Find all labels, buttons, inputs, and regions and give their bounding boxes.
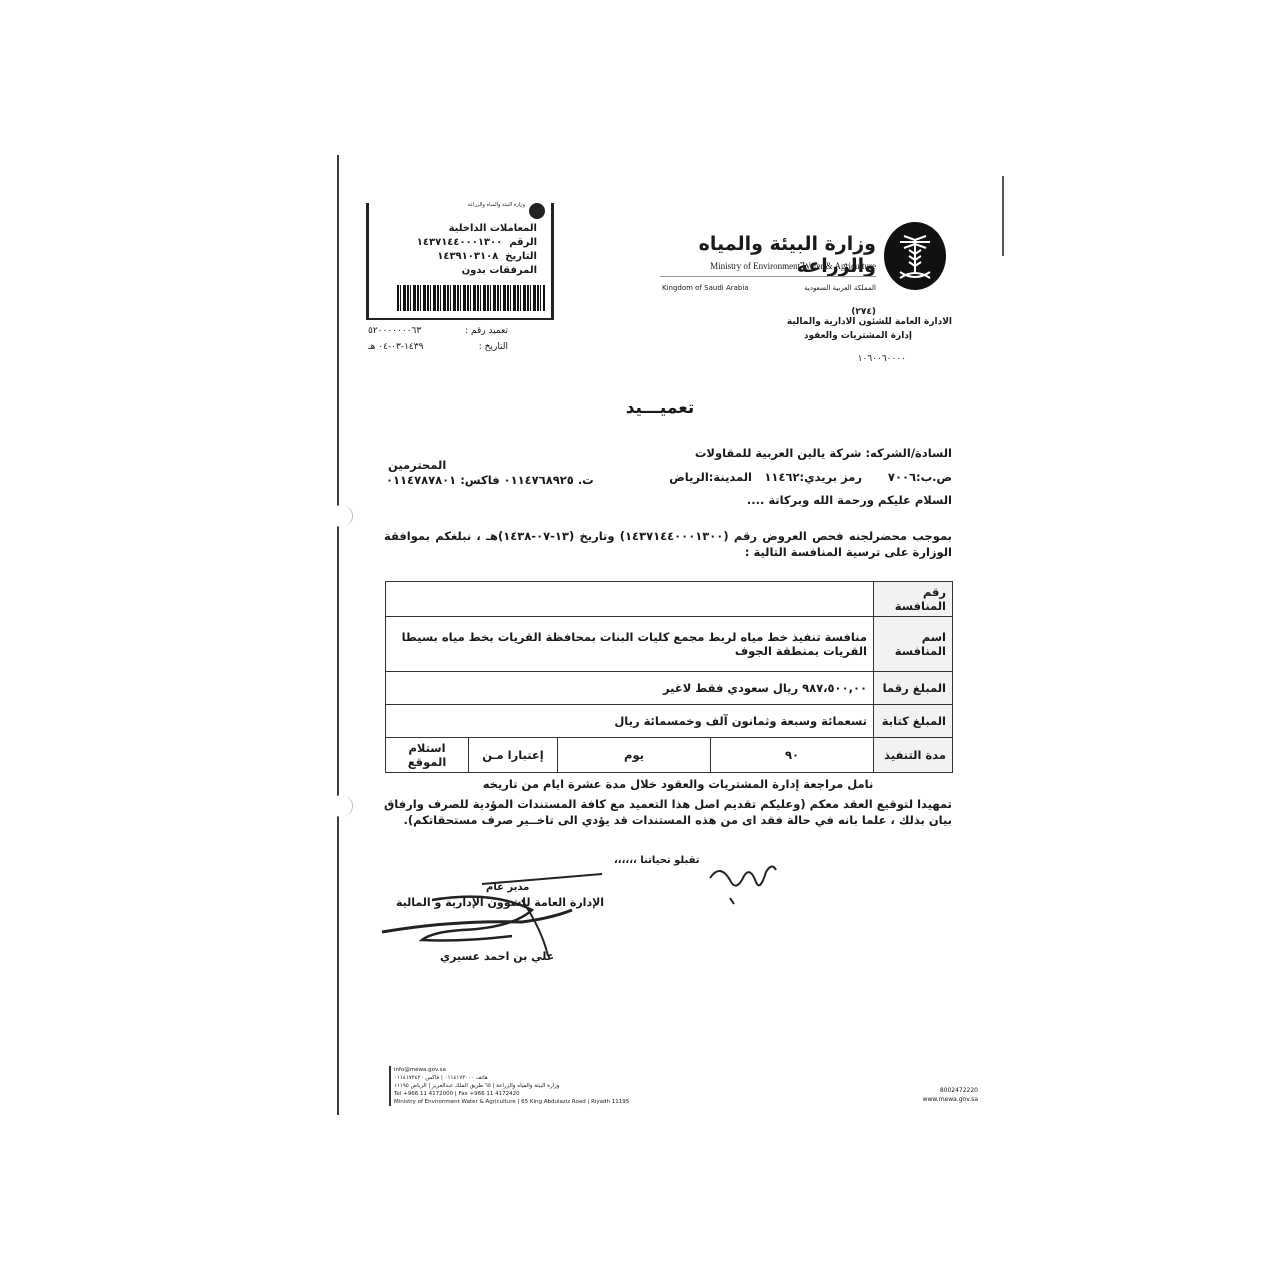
duration-unit: يوم [558, 738, 711, 773]
footer-contact: info@mewa.gov.sa هاتف ٠١١٤١٧٢٠٠٠ | فاكس … [389, 1066, 694, 1106]
table-row: اسم المنافسة منافسة تنفيذ خط مياه لربط م… [386, 617, 953, 672]
kingdom-line: Kingdom of Saudi Arabia المملكة العربية … [662, 284, 876, 292]
punch-hole [330, 505, 353, 527]
addressee-honorific: المحترمين [388, 458, 446, 472]
kingdom-en: Kingdom of Saudi Arabia [662, 284, 749, 292]
department-code: (٢٧٤) [820, 307, 876, 317]
row-value: ٩٨٧،٥٠٠,٠٠ ريال سعودي فقط لاغير [386, 672, 874, 705]
stamp-ministry: وزارة البيئة والمياه والزراعة [405, 203, 525, 208]
stamp-number: الرقم ١٤٣٧١٤٤٠٠٠١٣٠٠ [377, 237, 537, 248]
signature [372, 870, 612, 960]
barcode [397, 285, 545, 311]
table-row: مدة التنفيذ ٩٠ يوم إعتبارا مـن استلام ال… [386, 738, 953, 773]
page-left-edge [337, 155, 339, 1115]
header-divider [660, 276, 876, 277]
row-label: المبلغ كتابة [874, 705, 953, 738]
award-table: رقم المنافسة اسم المنافسة منافسة تنفيذ خ… [385, 581, 953, 773]
addressee-phone-fax: ت. ٠١١٤٧٦٨٩٢٥ فاكس: ٠١١٤٧٨٧٨٠١ [386, 473, 594, 487]
award-date-row: التاريخ : ١٤٣٩-٠٣-٠٤ هـ [368, 342, 508, 352]
footer-email: info@mewa.gov.sa [394, 1066, 694, 1074]
stamp-attachments: المرفقات بدون [377, 265, 537, 276]
page-right-edge [1002, 176, 1004, 256]
row-label: مدة التنفيذ [874, 738, 953, 773]
duration-value: ٩٠ [711, 738, 874, 773]
intro-paragraph: بموجب محضرلجنه فحص العروض رقم (١٤٣٧١٤٤٠٠… [384, 528, 952, 560]
department-number: ١٠٦٠٠٦٠٠٠٠ [820, 354, 906, 364]
closing-line: تقبلو تحياتنا ،،،،،، [614, 855, 700, 866]
greeting: السلام عليكم ورحمة الله وبركاتة .... [747, 493, 952, 507]
signature-initials [700, 858, 780, 908]
registry-stamp: وزارة البيئة والمياه والزراعة المعاملات … [366, 203, 554, 320]
award-reference: تعميد رقم : ٥٢٠٠٠٠٠٠٠٦٣ التاريخ : ١٤٣٩-٠… [368, 326, 508, 358]
ministry-name-en: Ministry of Environment Water & Agricult… [656, 261, 876, 271]
row-label: المبلغ رقما [874, 672, 953, 705]
footer-phones-ar: هاتف ٠١١٤١٧٢٠٠٠ | فاكس ٠١١٤١٧٢٤٢٠ [394, 1074, 694, 1082]
kingdom-ar: المملكة العربية السعودية [804, 284, 876, 292]
stamp-office: المعاملات الداخلية [377, 223, 537, 234]
punch-hole [330, 795, 353, 817]
department-procurement: إدارة المشتريات والعقود [720, 331, 912, 341]
footer-tel-fax: Tel +966 11 4172000 | Fax +966 11 417242… [394, 1090, 694, 1098]
instruction-line-2: تمهيدا لتوقيع العقد معكم (وعليكم تقديم ا… [384, 796, 952, 828]
row-value [386, 582, 874, 617]
addressee-postal-code: رمز بريدي:١١٤٦٢ [764, 470, 862, 484]
row-label: رقم المنافسة [874, 582, 953, 617]
document-title: تعميـــيد [560, 398, 760, 418]
addressee-city: المدينة:الرياض [669, 470, 752, 484]
footer-address-ar: وزارة البيئة والمياه والزراعة | ٦٥ طريق … [394, 1082, 694, 1090]
duration-from-label: إعتبارا مـن [469, 738, 558, 773]
table-row: المبلغ كتابة تسعمائة وسبعة وثمانون آلف و… [386, 705, 953, 738]
footer-hotline: 8002472220 [888, 1086, 978, 1095]
award-number-row: تعميد رقم : ٥٢٠٠٠٠٠٠٠٦٣ [368, 326, 508, 336]
table-row: المبلغ رقما ٩٨٧،٥٠٠,٠٠ ريال سعودي فقط لا… [386, 672, 953, 705]
table-row: رقم المنافسة [386, 582, 953, 617]
stamp-date: التاريخ ١٤٣٩١٠٣١٠٨ [377, 251, 537, 262]
stamp-emblem-icon [529, 203, 545, 219]
row-label: اسم المنافسة [874, 617, 953, 672]
footer-address-en: Ministry of Environment Water & Agricult… [394, 1098, 694, 1106]
department-general: الادارة العامة للشئون الادارية والمالية [720, 317, 952, 327]
addressee-company: السادة/الشركه: شركة يالين العربية للمقاو… [695, 446, 952, 460]
duration-from-value: استلام الموقع [386, 738, 469, 773]
signatory-name: علي بن احمد عسيري [440, 950, 554, 963]
footer-website: www.mewa.gov.sa [888, 1095, 978, 1104]
addressee-po-box: ص.ب:٧٠٠٦ [888, 470, 952, 484]
palm-swords-emblem-icon [884, 222, 946, 290]
row-value: منافسة تنفيذ خط مياه لربط مجمع كليات الب… [386, 617, 874, 672]
instruction-line-1: نامل مراجعة إدارة المشتريات والعقود خلال… [468, 776, 888, 792]
footer-right: 8002472220 www.mewa.gov.sa [888, 1086, 978, 1104]
row-value: تسعمائة وسبعة وثمانون آلف وخمسمائة ريال [386, 705, 874, 738]
